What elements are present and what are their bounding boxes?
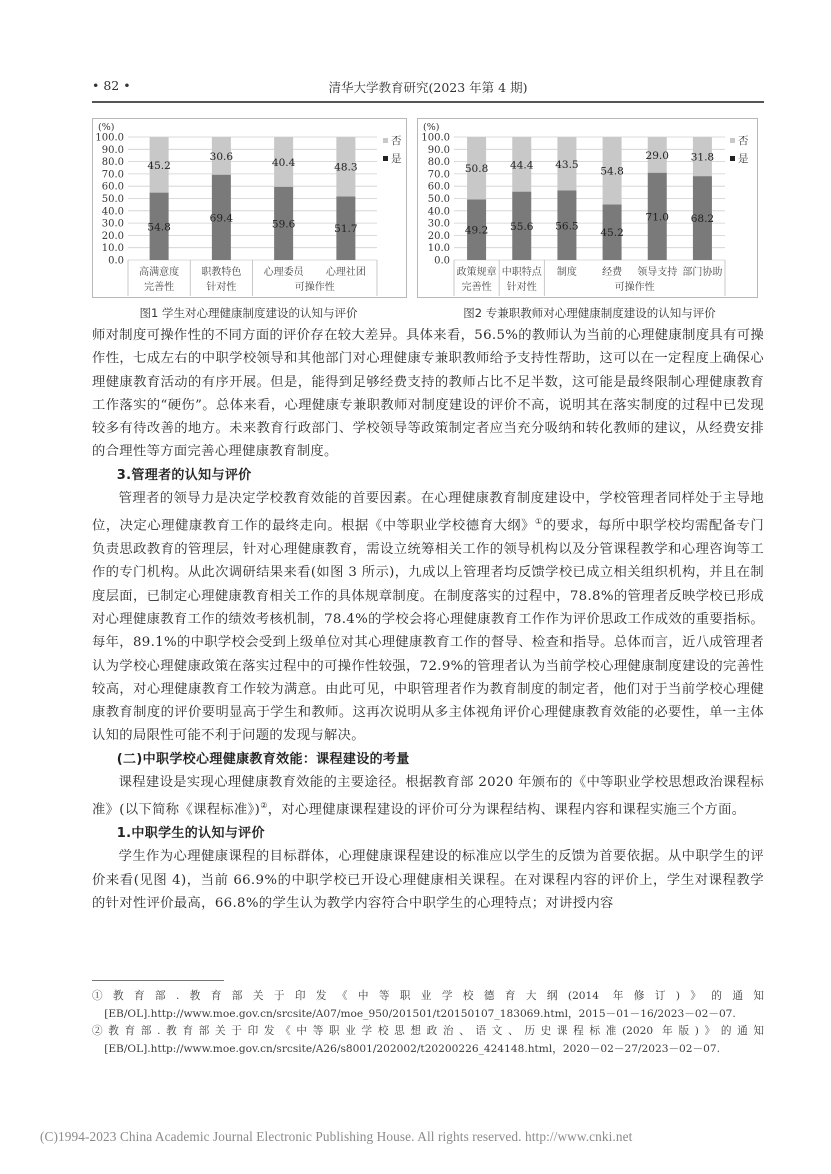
- data-label-no: 50.8: [465, 163, 488, 175]
- footnote-ref-1[interactable]: ①: [535, 517, 543, 526]
- y-tick-label: 40.0: [428, 206, 450, 217]
- legend-swatch-yes: [383, 156, 388, 161]
- x-group-label: 可操作性: [295, 280, 335, 293]
- y-tick-label: 10.0: [428, 243, 450, 254]
- y-tick-label: 50.0: [102, 194, 124, 205]
- y-tick-label: 70.0: [428, 169, 450, 180]
- article-body: 师对制度可操作性的不同方面的评价存在较大差异。具体来看，56.5%的教师认为当前…: [92, 324, 764, 915]
- subsection-heading-students: 1.中职学生的认知与评价: [92, 822, 764, 845]
- legend-swatch-yes: [730, 156, 735, 161]
- y-tick-label: 20.0: [102, 231, 124, 242]
- y-tick-label: 100.0: [421, 133, 450, 144]
- figure-1: (%)0.010.020.030.040.050.060.070.080.090…: [92, 118, 407, 298]
- x-category-label: 心理委员: [264, 266, 305, 278]
- data-label-no: 29.0: [646, 150, 669, 162]
- x-category-label: 部门协助: [682, 265, 722, 278]
- x-category-label: 心理社团: [326, 265, 366, 278]
- y-tick-label: 80.0: [428, 157, 450, 168]
- data-label-yes: 51.7: [334, 223, 357, 235]
- y-tick-label: 60.0: [428, 182, 450, 193]
- figure-1-chart: (%)0.010.020.030.040.050.060.070.080.090…: [93, 119, 406, 297]
- x-category-label: 中职特点: [502, 265, 543, 278]
- data-label-no: 45.2: [147, 160, 170, 172]
- data-label-yes: 45.2: [600, 227, 623, 239]
- y-axis-unit: (%): [423, 122, 439, 133]
- y-tick-label: 50.0: [428, 194, 450, 205]
- header-rule: [92, 101, 764, 103]
- footnotes: ①教育部.教育部关于印发《中等职业学校德育大纲(2014 年修订)》的通知[EB…: [92, 988, 764, 1058]
- running-header: • 82 • 清华大学教育研究(2023 年第 4 期): [92, 78, 764, 98]
- journal-title: 清华大学教育研究(2023 年第 4 期): [92, 78, 764, 96]
- legend-swatch-no: [730, 138, 735, 143]
- y-tick-label: 0.0: [108, 256, 124, 267]
- copyright-footer: (C)1994-2023 China Academic Journal Elec…: [40, 1129, 632, 1145]
- paragraph-students: 学生作为心理健康课程的目标群体，心理健康课程建设的标准应以学生的反馈为首要依据。…: [92, 845, 764, 915]
- figure-2-caption: 图2 专兼职教师对心理健康制度建设的认知与评价: [417, 305, 762, 321]
- x-category-label: 职教特色: [201, 265, 241, 278]
- y-tick-label: 40.0: [102, 206, 124, 217]
- subsection-heading-managers: 3.管理者的认知与评价: [92, 464, 764, 487]
- data-label-yes: 54.8: [147, 221, 170, 233]
- data-label-no: 43.5: [555, 159, 578, 171]
- y-tick-label: 30.0: [102, 219, 124, 230]
- y-tick-label: 90.0: [102, 145, 124, 156]
- paragraph-managers: 管理者的领导力是决定学校教育效能的首要因素。在心理健康教育制度建设中，学校管理者…: [92, 487, 764, 748]
- data-label-no: 40.4: [272, 157, 296, 169]
- data-label-yes: 55.6: [510, 221, 534, 233]
- legend-label-no: 否: [391, 135, 402, 147]
- x-group-label: 针对性: [206, 280, 236, 293]
- x-category-label: 高满意度: [139, 265, 179, 278]
- footnote-ref-2[interactable]: ②: [260, 801, 268, 810]
- figure-2: (%)0.010.020.030.040.050.060.070.080.090…: [417, 118, 758, 298]
- legend-swatch-no: [383, 138, 388, 143]
- footnote-2: ②教育部.教育部关于印发《中等职业学校思想政治、语文、历史课程标准(2020 年…: [92, 1023, 764, 1058]
- data-label-yes: 49.2: [465, 225, 488, 237]
- data-label-yes: 68.2: [691, 213, 714, 225]
- y-tick-label: 90.0: [428, 145, 450, 156]
- footnote-1: ①教育部.教育部关于印发《中等职业学校德育大纲(2014 年修订)》的通知[EB…: [92, 988, 764, 1023]
- data-label-yes: 59.6: [272, 218, 296, 230]
- section-heading-curriculum: (二)中职学校心理健康教育效能：课程建设的考量: [92, 748, 764, 771]
- data-label-no: 44.4: [510, 159, 534, 171]
- figure-2-chart: (%)0.010.020.030.040.050.060.070.080.090…: [418, 119, 757, 297]
- y-tick-label: 0.0: [434, 256, 450, 267]
- paragraph-teacher-evaluation: 师对制度可操作性的不同方面的评价存在较大差异。具体来看，56.5%的教师认为当前…: [92, 324, 764, 464]
- data-label-yes: 71.0: [646, 211, 669, 223]
- x-category-label: 领导支持: [637, 265, 677, 278]
- y-tick-label: 60.0: [102, 182, 124, 193]
- data-label-no: 54.8: [600, 166, 623, 178]
- x-group-label: 可操作性: [615, 280, 655, 293]
- x-group-label: 完善性: [462, 280, 492, 293]
- paragraph-curriculum: 课程建设是实现心理健康教育效能的主要途径。根据教育部 2020 年颁布的《中等职…: [92, 771, 764, 822]
- x-group-label: 完善性: [144, 280, 174, 293]
- x-category-label: 制度: [557, 265, 577, 278]
- x-category-label: 经费: [602, 265, 623, 278]
- data-label-no: 48.3: [334, 162, 357, 174]
- y-tick-label: 80.0: [102, 157, 124, 168]
- y-tick-label: 20.0: [428, 231, 450, 242]
- legend-label-no: 否: [738, 135, 749, 147]
- x-group-label: 针对性: [507, 280, 537, 293]
- data-label-no: 31.8: [691, 152, 714, 164]
- legend-label-yes: 是: [738, 153, 749, 165]
- data-label-yes: 56.5: [555, 220, 578, 232]
- x-category-label: 政策规章: [457, 265, 497, 278]
- footnote-rule: [92, 980, 224, 981]
- legend-label-yes: 是: [391, 153, 402, 165]
- y-axis-unit: (%): [98, 122, 114, 133]
- data-label-no: 30.6: [210, 151, 234, 163]
- y-tick-label: 100.0: [95, 133, 124, 144]
- y-tick-label: 70.0: [102, 169, 124, 180]
- figure-1-caption: 图1 学生对心理健康制度建设的认知与评价: [92, 305, 405, 321]
- y-tick-label: 10.0: [102, 243, 124, 254]
- y-tick-label: 30.0: [428, 219, 450, 230]
- data-label-yes: 69.4: [210, 212, 234, 224]
- journal-page: • 82 • 清华大学教育研究(2023 年第 4 期) (%)0.010.02…: [0, 0, 831, 1174]
